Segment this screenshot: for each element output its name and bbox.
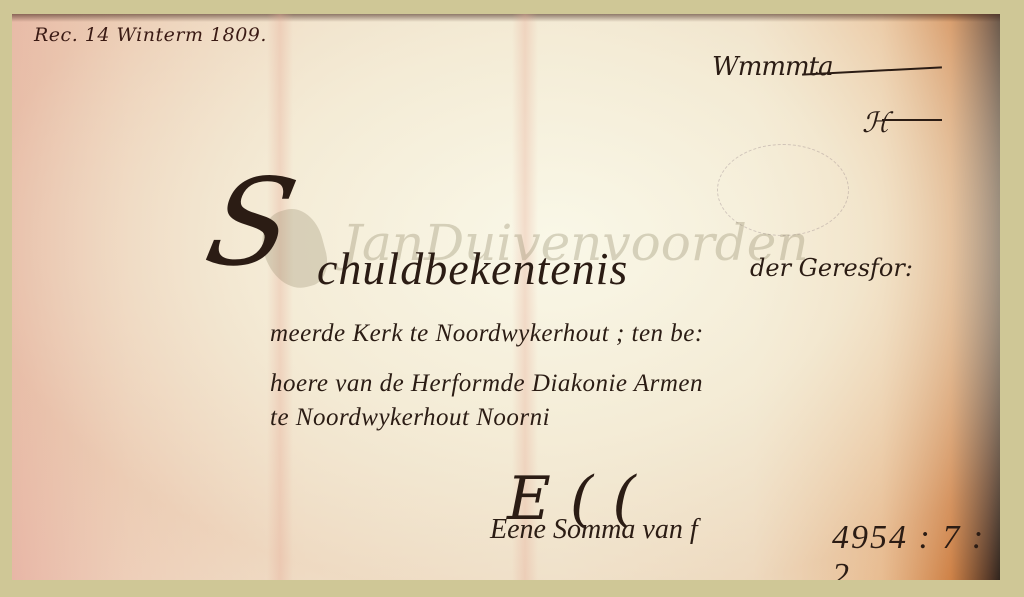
paraph-icon: ℋ	[862, 106, 890, 139]
signature-top-right: Wmmmta	[712, 52, 833, 82]
paper-fold	[267, 14, 293, 580]
sum-amount: 4954 : 7 : 2	[832, 519, 1000, 580]
paraph-stroke	[882, 119, 942, 121]
faded-stamp	[717, 144, 849, 236]
text-line-4: te Noordwykerhout Noorni	[270, 404, 550, 432]
sum-label: Eene Somma van f	[490, 514, 698, 546]
annotation-top-left: Rec. 14 Winterm 1809.	[34, 24, 267, 46]
text-line-1: der Geresfor:	[750, 254, 913, 282]
text-line-2: meerde Kerk te Noordwykerhout ; ten be:	[270, 320, 704, 348]
document-title: chuldbekentenis	[317, 242, 628, 295]
text-line-3: hoere van de Herformde Diakonie Armen	[270, 370, 703, 398]
document-page: Rec. 14 Winterm 1809. Wmmmta ℋ JanDuiven…	[12, 14, 1000, 580]
